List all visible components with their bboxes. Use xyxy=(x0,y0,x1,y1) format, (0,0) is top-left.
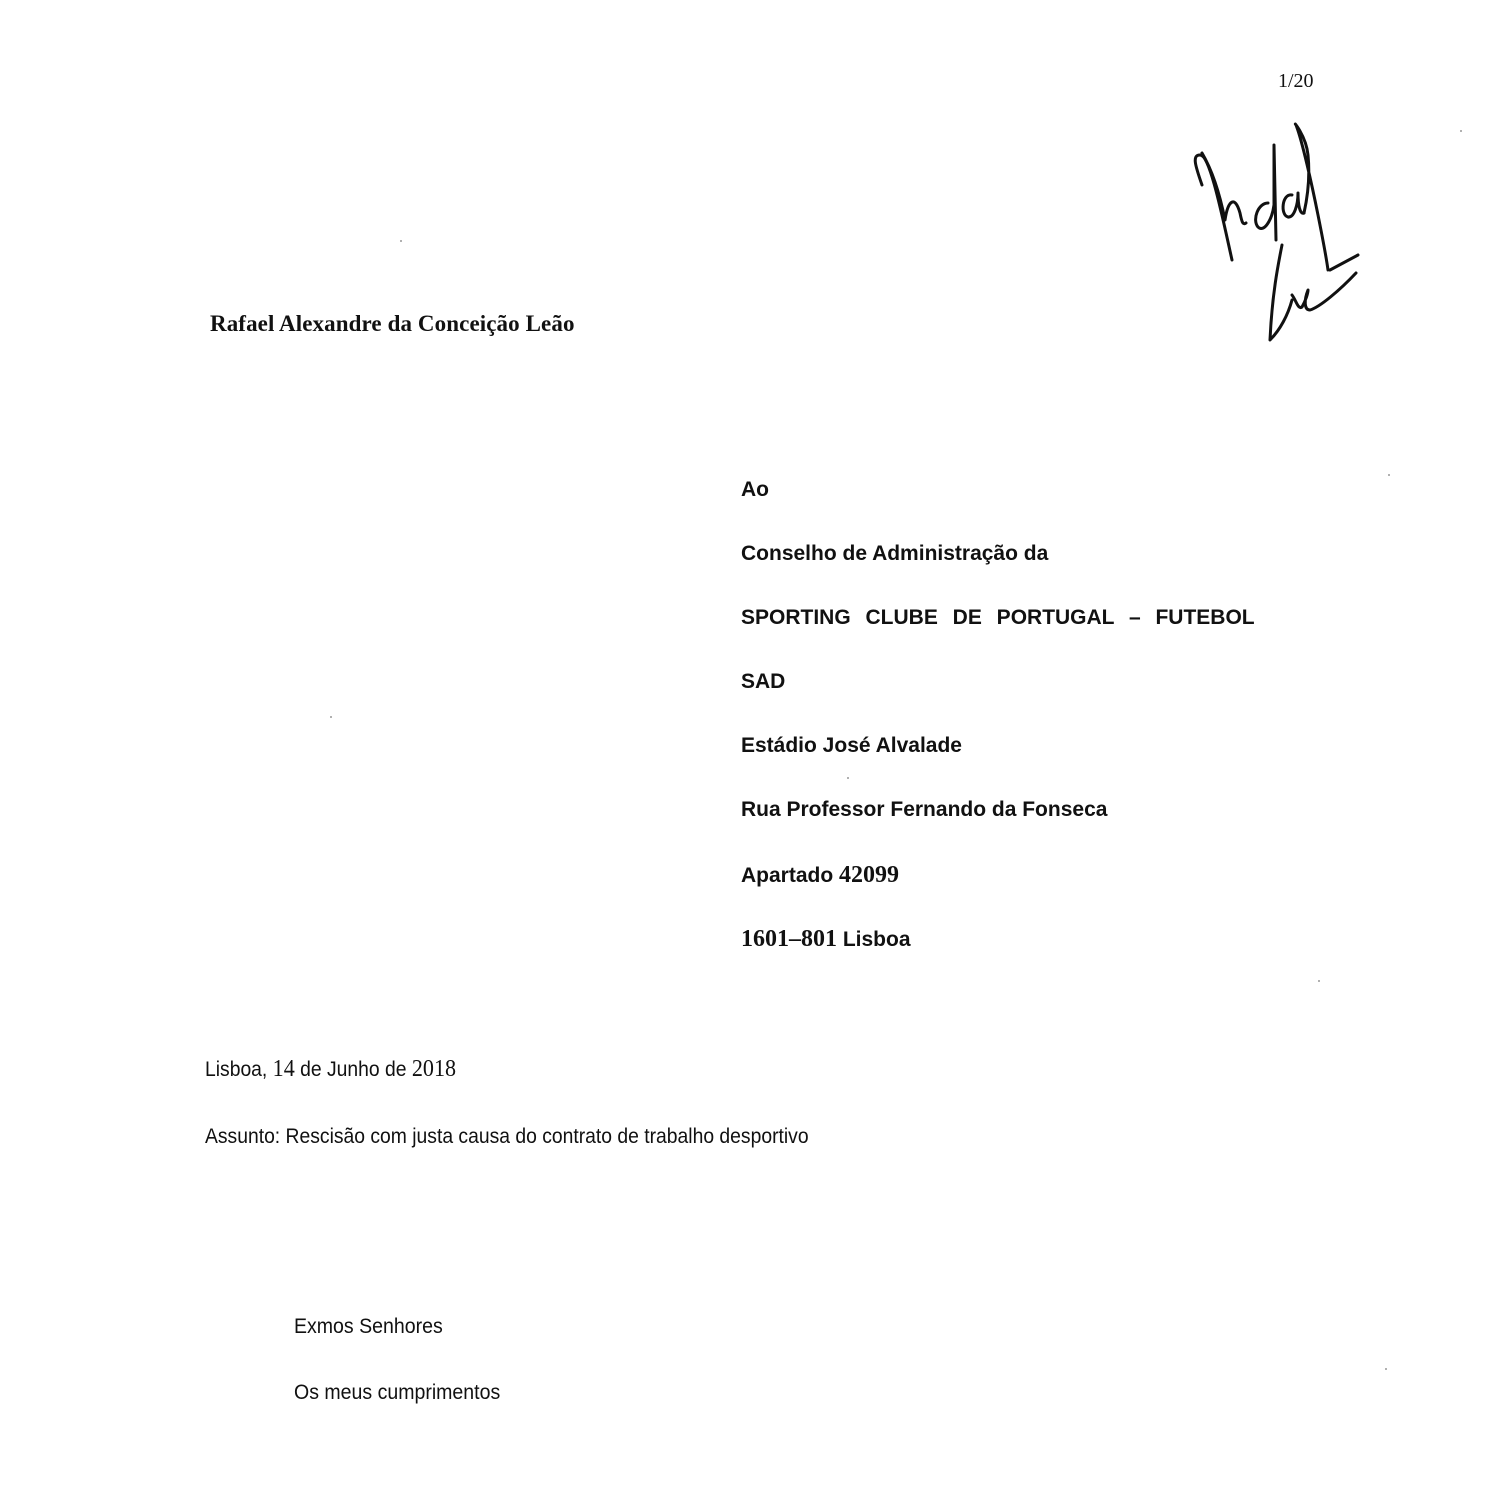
date-day: 14 xyxy=(273,1056,295,1082)
scan-speck xyxy=(400,240,402,242)
po-box-label: Apartado xyxy=(741,864,833,887)
scan-speck xyxy=(1460,130,1462,132)
recipient-postcode-city: 1601–801 Lisboa xyxy=(741,926,1255,990)
page-number: 1/20 xyxy=(1278,70,1314,93)
scan-speck xyxy=(847,777,849,779)
recipient-street: Rua Professor Fernando da Fonseca xyxy=(741,798,1255,862)
greeting-salutation: Exmos Senhores xyxy=(294,1315,500,1381)
letter-date: Lisboa, 14 de Junho de 2018 xyxy=(205,1056,456,1083)
subject-text: Rescisão com justa causa do contrato de … xyxy=(286,1125,809,1148)
recipient-address-block: Ao Conselho de Administração da SPORTING… xyxy=(741,478,1255,990)
recipient-board: Conselho de Administração da xyxy=(741,542,1255,606)
sender-name: Rafael Alexandre da Conceição Leão xyxy=(210,311,575,337)
scan-speck xyxy=(1385,1368,1387,1370)
recipient-company-suffix: SAD xyxy=(741,670,1255,734)
date-month: de Junho de xyxy=(300,1058,406,1081)
scan-speck xyxy=(1318,980,1320,982)
date-year: 2018 xyxy=(412,1056,456,1082)
greeting-regards: Os meus cumprimentos xyxy=(294,1381,500,1447)
scan-speck xyxy=(330,716,332,718)
recipient-po-box: Apartado 42099 xyxy=(741,862,1255,926)
subject-label: Assunto: xyxy=(205,1125,280,1148)
signature-icon xyxy=(1180,95,1390,355)
recipient-salutation: Ao xyxy=(741,478,1255,542)
scan-speck xyxy=(1388,474,1390,476)
po-box-number: 42099 xyxy=(839,862,899,888)
city: Lisboa xyxy=(843,928,911,951)
document-page: 1/20 Rafael Alexandre da Conceição Leão … xyxy=(0,0,1500,1500)
recipient-company: SPORTING CLUBE DE PORTUGAL – FUTEBOL xyxy=(741,606,1255,670)
letter-greeting: Exmos Senhores Os meus cumprimentos xyxy=(294,1315,500,1447)
postcode: 1601–801 xyxy=(741,926,837,952)
date-city: Lisboa, xyxy=(205,1058,267,1081)
recipient-stadium: Estádio José Alvalade xyxy=(741,734,1255,798)
letter-subject: Assunto: Rescisão com justa causa do con… xyxy=(205,1125,809,1149)
